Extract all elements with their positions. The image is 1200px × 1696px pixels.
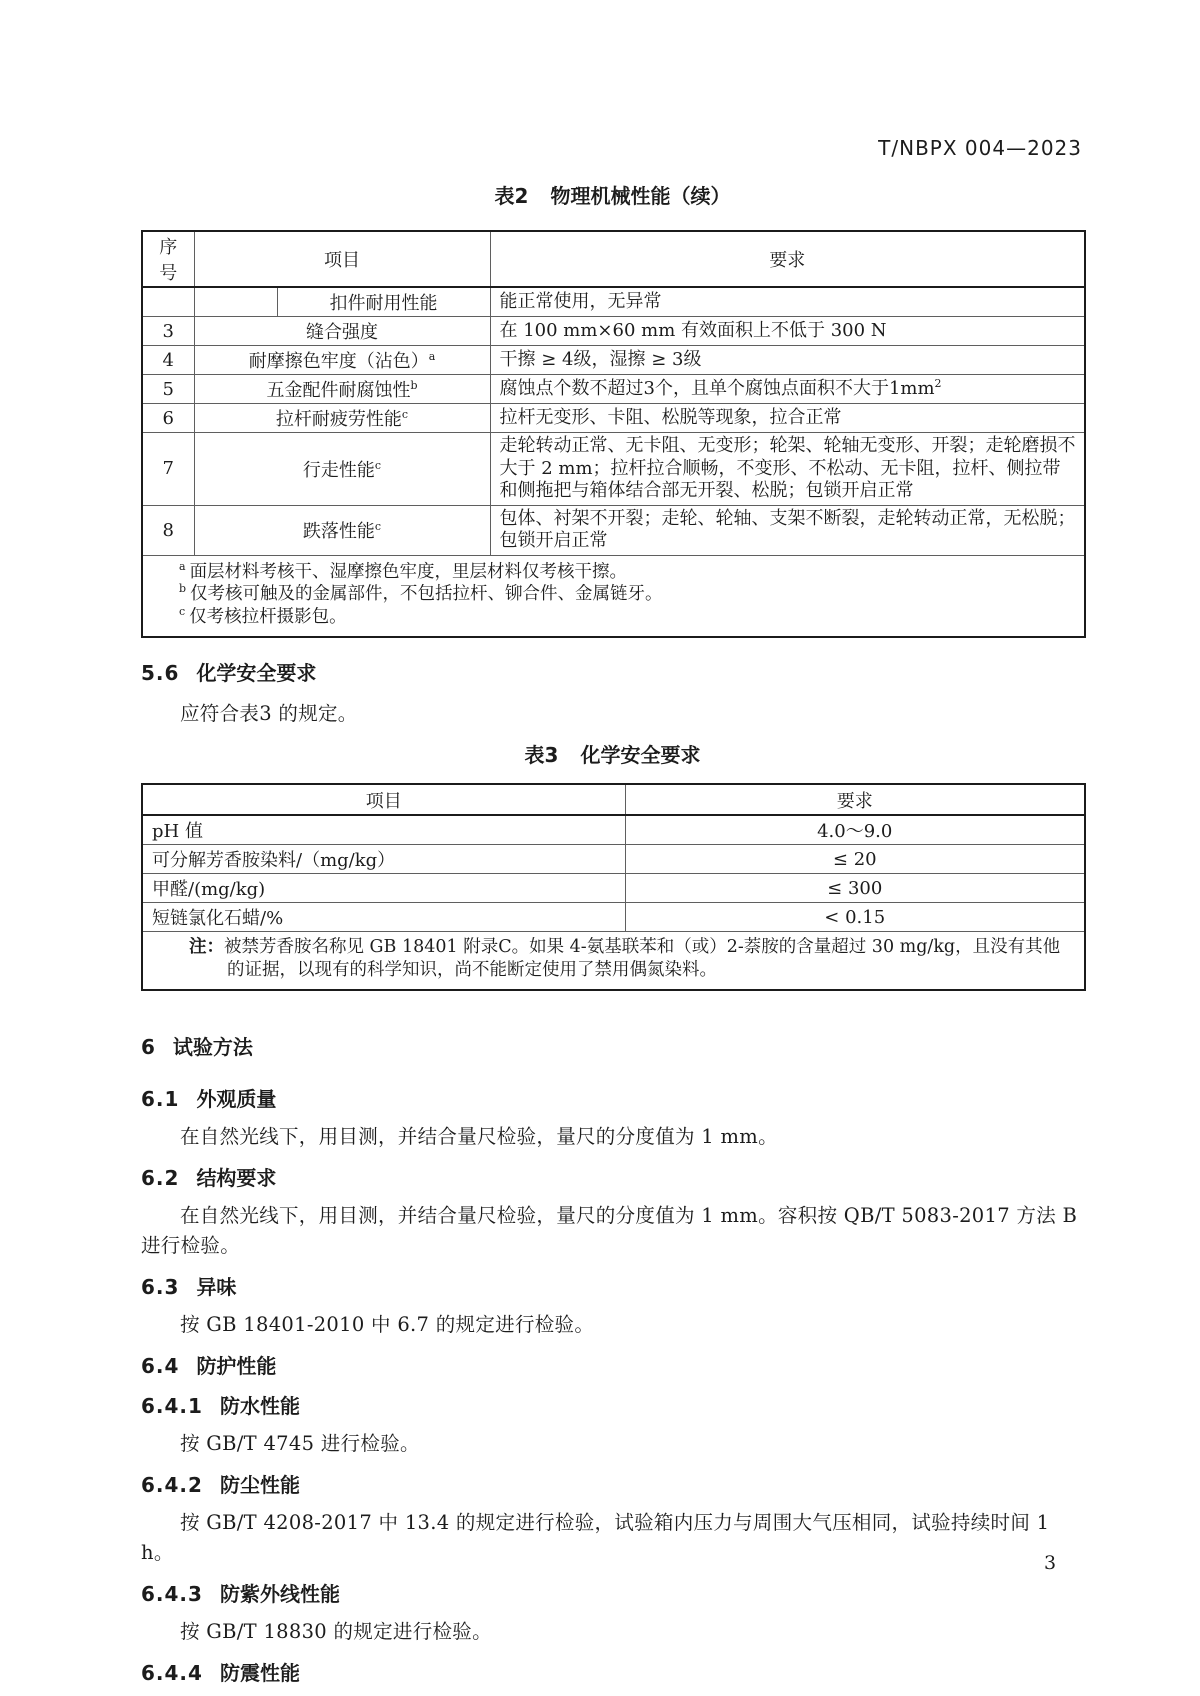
- row-number-cell: 8: [142, 505, 194, 555]
- item-cell: 拉杆耐疲劳性能c: [194, 404, 490, 433]
- row-number-cell: 3: [142, 317, 194, 346]
- requirement-cell: 拉杆无变形、卡阻、松脱等现象，拉合正常: [490, 404, 1085, 433]
- table2-col-no: 序号: [142, 231, 194, 287]
- section-heading-6-4-2: 6.4.2防尘性能: [141, 1471, 1084, 1499]
- item-cell: 五金配件耐腐蚀性b: [194, 375, 490, 404]
- paragraph: 在自然光线下，用目测，并结合量尺检验，量尺的分度值为 1 mm。: [141, 1122, 1084, 1152]
- item-cell: 短链氯化石蜡/%: [142, 903, 625, 932]
- section-heading-6: 6试验方法: [141, 1033, 1084, 1061]
- section-heading-6-4-1: 6.4.1防水性能: [141, 1392, 1084, 1420]
- table-row: 甲醛/(mg/kg) ≤ 300: [142, 874, 1085, 903]
- row-number-cell: 6: [142, 404, 194, 433]
- requirement-cell: 能正常使用，无异常: [490, 287, 1085, 317]
- section-heading-5-6: 5.6化学安全要求: [141, 659, 1084, 687]
- table2-title-no: 表2: [495, 184, 529, 208]
- footnote-item: b仅考核可触及的金属部件，不包括拉杆、铆合件、金属链牙。: [153, 583, 1074, 606]
- table-row: 8 跌落性能c 包体、衬架不开裂；走轮、轮轴、支架不断裂，走轮转动正常，无松脱；…: [142, 505, 1085, 555]
- table2-title: 表2物理机械性能（续）: [141, 182, 1084, 210]
- table3: 项目 要求 pH 值 4.0～9.0 可分解芳香胺染料/（mg/kg） ≤ 20…: [141, 783, 1086, 991]
- table-row: 6 拉杆耐疲劳性能c 拉杆无变形、卡阻、松脱等现象，拉合正常: [142, 404, 1085, 433]
- paragraph: 按 GB/T 18830 的规定进行检验。: [141, 1617, 1084, 1647]
- footnote-marker: c: [179, 605, 185, 618]
- footnote-ref: a: [429, 350, 436, 363]
- table-row: 扣件耐用性能 能正常使用，无异常: [142, 287, 1085, 317]
- section-heading-6-4-3: 6.4.3防紫外线性能: [141, 1580, 1084, 1608]
- table2-footnotes-row: a面层材料考核干、湿摩擦色牢度，里层材料仅考核干擦。 b仅考核可触及的金属部件，…: [142, 555, 1085, 637]
- item-cell: 缝合强度: [194, 317, 490, 346]
- footnote-marker: b: [179, 582, 186, 595]
- requirement-cell: < 0.15: [625, 903, 1085, 932]
- section-heading-6-2: 6.2结构要求: [141, 1164, 1084, 1192]
- table2-header-row: 序号 项目 要求: [142, 231, 1085, 287]
- table2-col-req: 要求: [490, 231, 1085, 287]
- footnote-ref: c: [375, 459, 381, 472]
- table3-note-row: 注：被禁芳香胺名称见 GB 18401 附录C。如果 4-氨基联苯和（或）2-萘…: [142, 932, 1085, 991]
- paragraph: 按 GB/T 4745 进行检验。: [141, 1429, 1084, 1459]
- item-subcell-empty: [194, 287, 277, 317]
- footnote-ref: c: [402, 408, 408, 421]
- table2-col-item: 项目: [194, 231, 490, 287]
- table-row: 4 耐摩擦色牢度（沾色）a 干擦 ≥ 4级，湿擦 ≥ 3级: [142, 346, 1085, 375]
- note-label: 注：: [189, 937, 224, 957]
- footnote-ref: b: [410, 379, 417, 392]
- table-row: 短链氯化石蜡/% < 0.15: [142, 903, 1085, 932]
- row-number-cell: 4: [142, 346, 194, 375]
- table3-col-req: 要求: [625, 784, 1085, 815]
- item-cell: 甲醛/(mg/kg): [142, 874, 625, 903]
- table3-col-item: 项目: [142, 784, 625, 815]
- row-number-cell: [142, 287, 194, 317]
- requirement-cell: 走轮转动正常、无卡阻、无变形；轮架、轮轴无变形、开裂；走轮磨损不大于 2 mm；…: [490, 433, 1085, 506]
- page-number: 3: [1044, 1552, 1056, 1574]
- row-number-cell: 7: [142, 433, 194, 506]
- table3-header-row: 项目 要求: [142, 784, 1085, 815]
- requirement-cell: ≤ 300: [625, 874, 1085, 903]
- table3-note: 注：被禁芳香胺名称见 GB 18401 附录C。如果 4-氨基联苯和（或）2-萘…: [155, 936, 1072, 982]
- item-cell: pH 值: [142, 815, 625, 845]
- section-heading-6-3: 6.3异味: [141, 1273, 1084, 1301]
- section-heading-6-1: 6.1外观质量: [141, 1085, 1084, 1113]
- section-heading-6-4-4: 6.4.4防震性能: [141, 1659, 1084, 1687]
- footnote-item: a面层材料考核干、湿摩擦色牢度，里层材料仅考核干擦。: [153, 561, 1074, 584]
- table-row: pH 值 4.0～9.0: [142, 815, 1085, 845]
- requirement-cell: 干擦 ≥ 4级，湿擦 ≥ 3级: [490, 346, 1085, 375]
- table-row: 5 五金配件耐腐蚀性b 腐蚀点个数不超过3个，且单个腐蚀点面积不大于1mm2: [142, 375, 1085, 404]
- requirement-cell: 在 100 mm×60 mm 有效面积上不低于 300 N: [490, 317, 1085, 346]
- paragraph: 按 GB 18401-2010 中 6.7 的规定进行检验。: [141, 1310, 1084, 1340]
- footnote-marker: a: [179, 560, 186, 573]
- item-cell: 耐摩擦色牢度（沾色）a: [194, 346, 490, 375]
- table-row: 3 缝合强度 在 100 mm×60 mm 有效面积上不低于 300 N: [142, 317, 1085, 346]
- footnote-item: c仅考核拉杆摄影包。: [153, 606, 1074, 629]
- document-page: T/NBPX 004—2023 表2物理机械性能（续） 序号 项目 要求 扣件耐…: [0, 0, 1200, 1696]
- item-cell: 扣件耐用性能: [277, 287, 490, 317]
- table3-title: 表3化学安全要求: [141, 741, 1084, 769]
- table3-title-text: 化学安全要求: [580, 743, 700, 767]
- superscript: 2: [935, 377, 942, 390]
- requirement-cell: 腐蚀点个数不超过3个，且单个腐蚀点面积不大于1mm2: [490, 375, 1085, 404]
- footnote-ref: c: [375, 520, 381, 533]
- page-content: 表2物理机械性能（续） 序号 项目 要求 扣件耐用性能 能正常使用，无异常 3 …: [141, 0, 1084, 1687]
- paragraph: 按 GB/T 4208-2017 中 13.4 的规定进行检验，试验箱内压力与周…: [141, 1508, 1084, 1568]
- requirement-cell: 包体、衬架不开裂；走轮、轮轴、支架不断裂，走轮转动正常，无松脱；包锁开启正常: [490, 505, 1085, 555]
- paragraph: 应符合表3 的规定。: [141, 699, 1084, 729]
- table-row: 7 行走性能c 走轮转动正常、无卡阻、无变形；轮架、轮轴无变形、开裂；走轮磨损不…: [142, 433, 1085, 506]
- table3-title-no: 表3: [525, 743, 559, 767]
- item-cell: 可分解芳香胺染料/（mg/kg）: [142, 845, 625, 874]
- row-number-cell: 5: [142, 375, 194, 404]
- item-cell: 跌落性能c: [194, 505, 490, 555]
- item-cell: 行走性能c: [194, 433, 490, 506]
- section-heading-6-4: 6.4防护性能: [141, 1352, 1084, 1380]
- table2-title-text: 物理机械性能（续）: [550, 184, 730, 208]
- requirement-cell: 4.0～9.0: [625, 815, 1085, 845]
- table-row: 可分解芳香胺染料/（mg/kg） ≤ 20: [142, 845, 1085, 874]
- requirement-cell: ≤ 20: [625, 845, 1085, 874]
- paragraph: 在自然光线下，用目测，并结合量尺检验，量尺的分度值为 1 mm。容积按 QB/T…: [141, 1201, 1084, 1261]
- table2: 序号 项目 要求 扣件耐用性能 能正常使用，无异常 3 缝合强度 在 100 m…: [141, 230, 1086, 638]
